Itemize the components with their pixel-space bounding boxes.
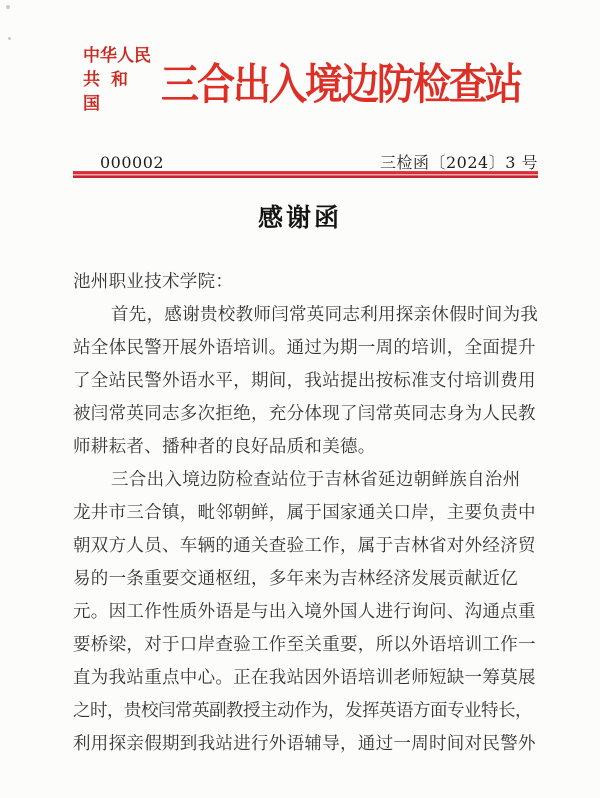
body-line: 朝双方人员、车辆的通关查验工作，属于吉林省对外经济贸 [73, 530, 543, 563]
body-line: 利用探亲假期到我站进行外语辅导，通过一周时间对民警外 [73, 728, 543, 761]
body-line: 龙井市三合镇，毗邻朝鲜，属于国家通关口岸，主要负责中 [73, 497, 543, 530]
body-line: 站全体民警开展外语培训。通过为期一周的培训，全面提升 [73, 332, 543, 365]
body-line: 被闫常英同志多次拒绝，充分体现了闫常英同志身为人民教 [73, 398, 543, 431]
document-number: 三检函〔2024〕3 号 [380, 150, 538, 173]
scan-artifact [8, 37, 11, 40]
country-prefix: 中华人民 共和国 [83, 44, 159, 116]
body-line: 了全站民警外语水平，期间，我站提出按标准支付培训费用 [73, 365, 543, 398]
body-line: 易的一条重要交通枢纽，多年来为吉林经济发展贡献近亿 [73, 563, 543, 596]
salutation: 池州职业技术学院： [73, 266, 543, 299]
document-title: 感谢函 [0, 198, 600, 234]
body-line: 师耕耘者、播种者的良好品质和美德。 [73, 431, 543, 464]
country-prefix-line1: 中华人民 [83, 44, 159, 68]
red-separator-line [73, 171, 538, 178]
country-prefix-line2: 共和国 [83, 68, 159, 116]
body-line: 三合出入境边防检查站位于吉林省延边朝鲜族自治州 [73, 464, 543, 497]
scan-artifact [6, 5, 10, 9]
letter-body: 池州职业技术学院： 首先，感谢贵校教师闫常英同志利用探亲休假时间为我 站全体民警… [73, 266, 543, 761]
body-line: 直为我站重点中心。正在我站因外语培训老师短缺一筹莫展 [73, 662, 543, 695]
paragraph: 三合出入境边防检查站位于吉林省延边朝鲜族自治州 龙井市三合镇，毗邻朝鲜，属于国家… [73, 464, 543, 761]
body-line: 首先，感谢贵校教师闫常英同志利用探亲休假时间为我 [73, 299, 543, 332]
body-line: 之时，贵校闫常英副教授主动作为，发挥英语方面专业特长， [73, 695, 543, 728]
reference-row: 000002 三检函〔2024〕3 号 [73, 150, 538, 173]
scanned-letter-page: 中华人民 共和国 三合出入境边防检查站 000002 三检函〔2024〕3 号 … [0, 0, 600, 798]
body-line: 元。因工作性质外语是与出入境外国人进行询问、沟通点重 [73, 596, 543, 629]
letterhead: 中华人民 共和国 三合出入境边防检查站 [73, 44, 543, 116]
serial-number: 000002 [100, 153, 164, 172]
paragraph: 首先，感谢贵校教师闫常英同志利用探亲休假时间为我 站全体民警开展外语培训。通过为… [73, 299, 543, 464]
agency-name: 三合出入境边防检查站 [161, 49, 521, 111]
body-line: 要桥梁，对于口岸查验工作至关重要，所以外语培训工作一 [73, 629, 543, 662]
